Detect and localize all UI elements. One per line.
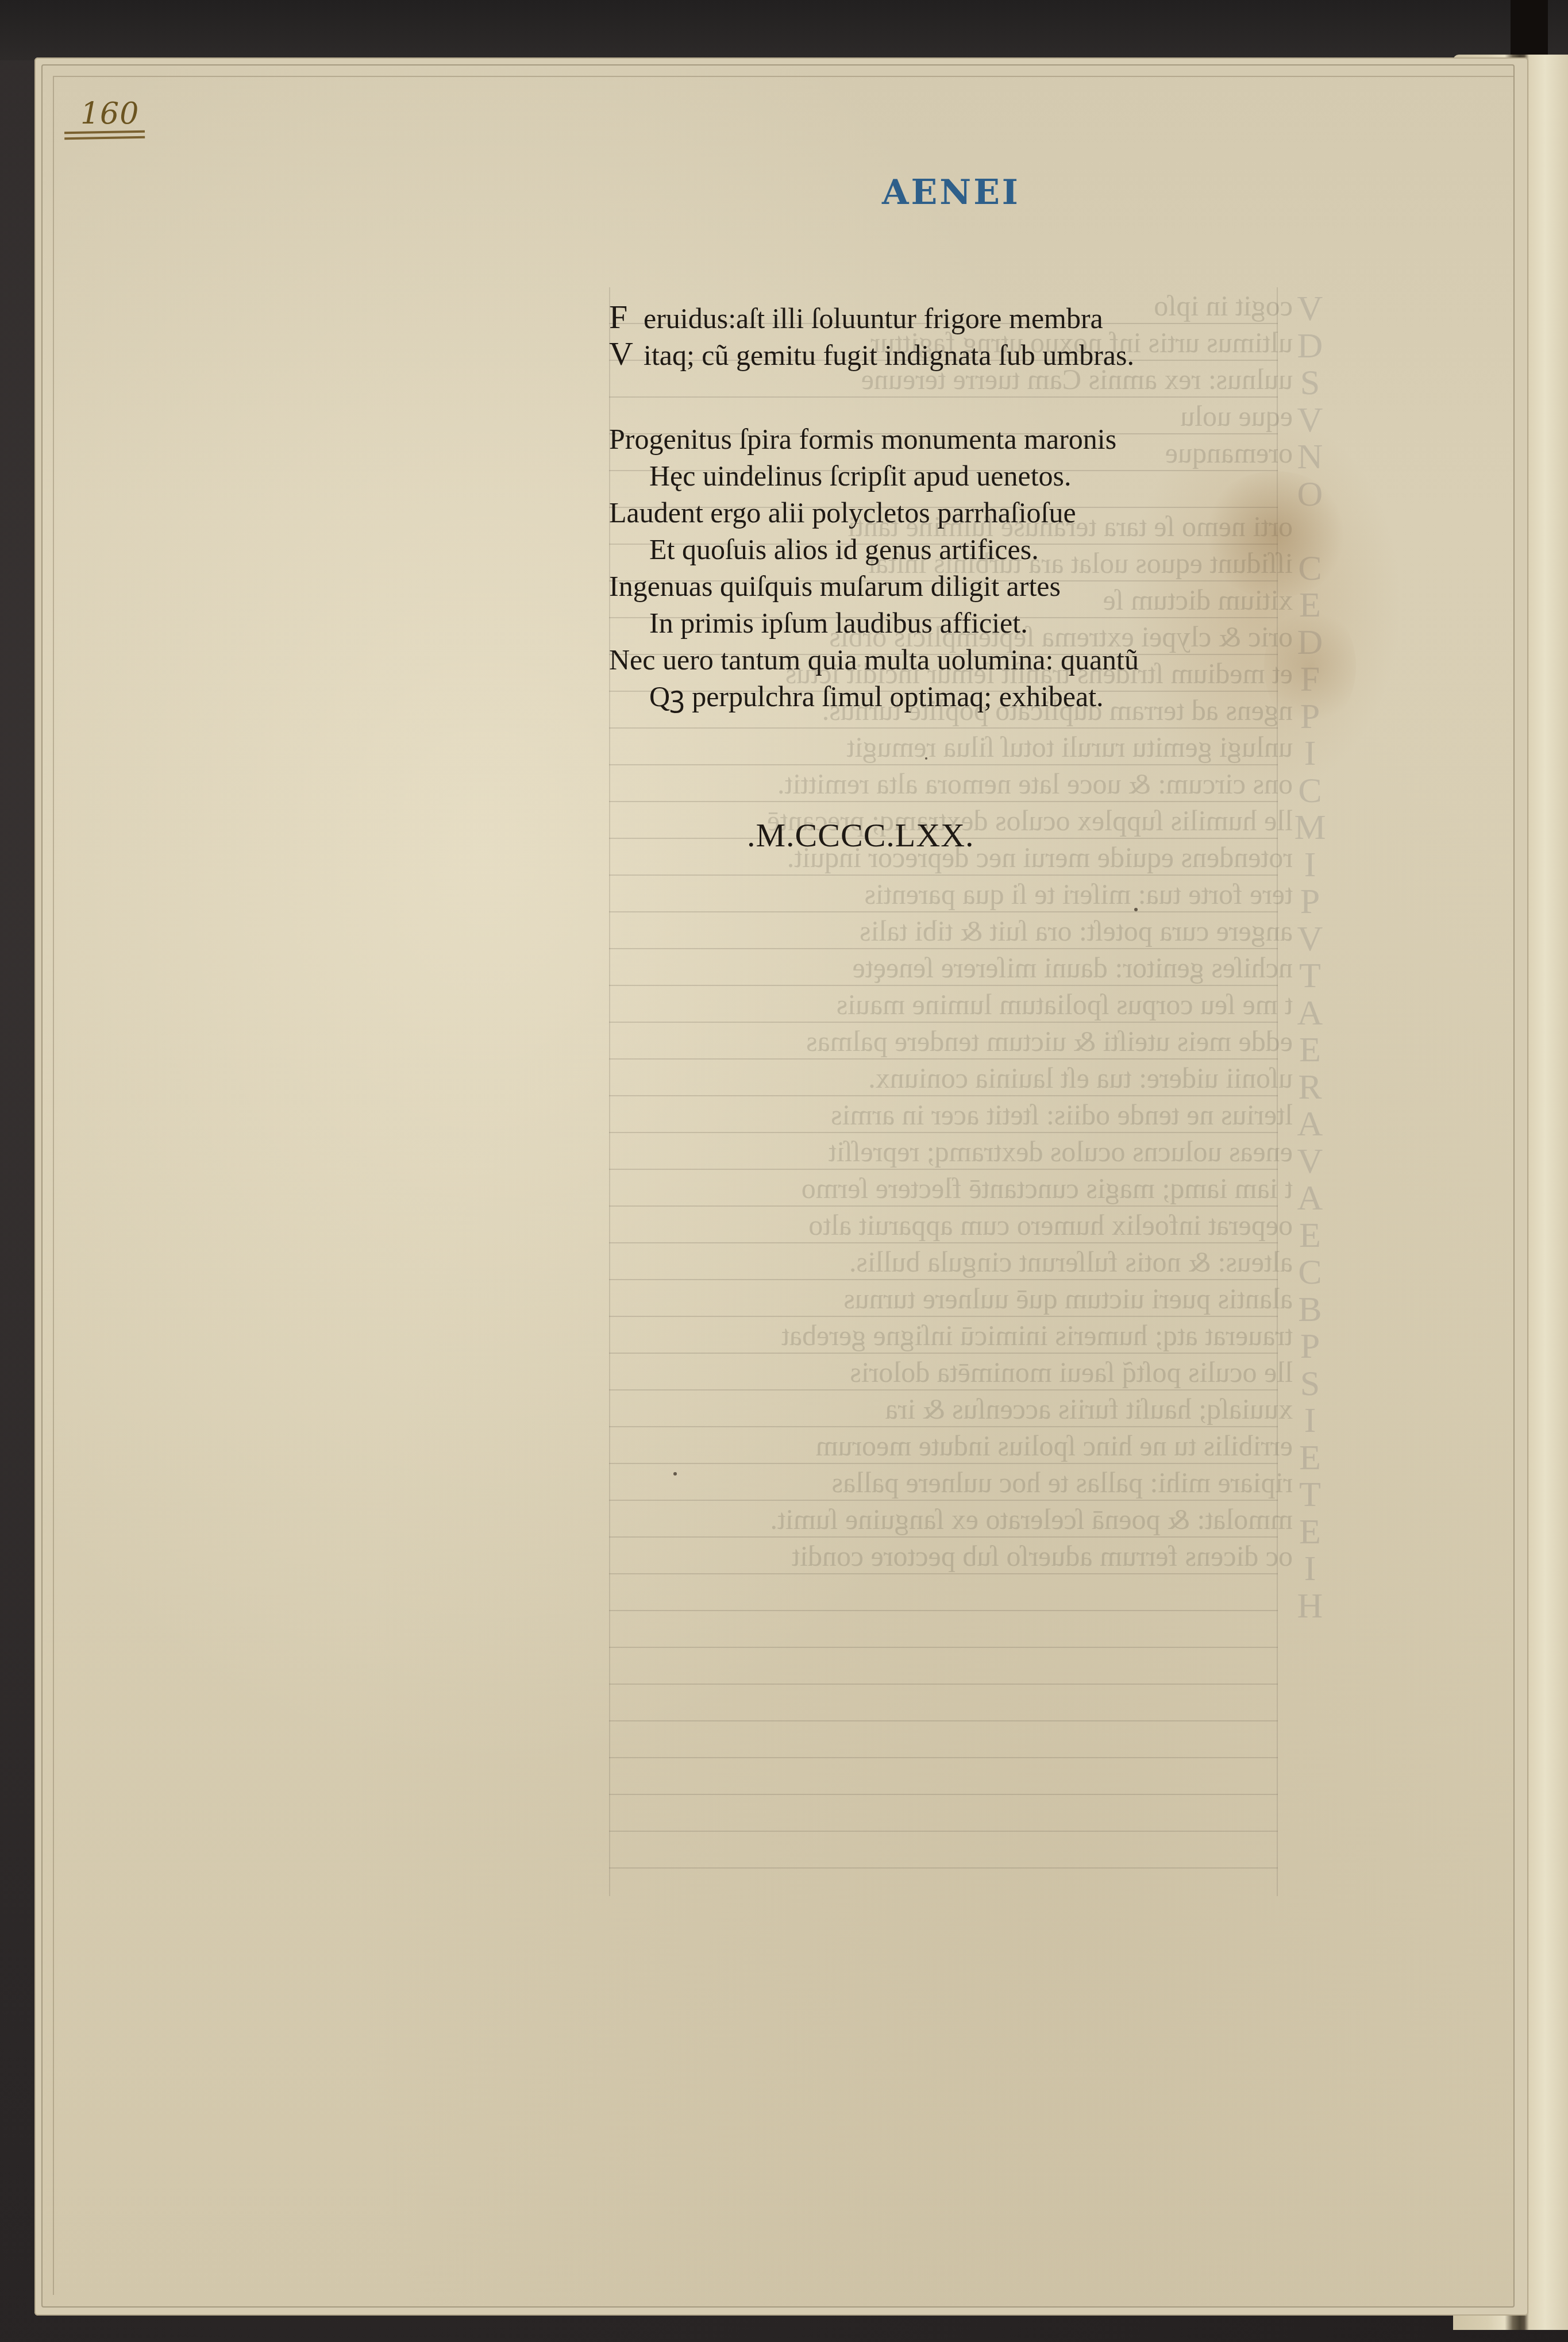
text-block: Feruidus:aſt illi ſoluuntur frigore memb… xyxy=(609,299,1139,715)
showthrough-initial: P xyxy=(1290,883,1330,920)
colophon-verse: Nec uero tantum quia multa uolumina: qua… xyxy=(609,641,1139,678)
folio-number: 160 xyxy=(80,97,139,131)
colophon-verse: Hęc uindelinus ſcripſit apud uenetos. xyxy=(609,457,1139,494)
running-head: AENEI xyxy=(882,172,1020,213)
foxing-stain xyxy=(1201,471,1350,598)
showthrough-initial: A xyxy=(1290,995,1330,1032)
showthrough-line: oc dicens ferrum aduerſo ſub pectore con… xyxy=(626,1538,1293,1574)
colophon-verse: Et quoſuis alios id genus artifices. xyxy=(609,531,1139,568)
showthrough-initial: E xyxy=(1290,1217,1330,1254)
showthrough-initial: A xyxy=(1290,1105,1330,1143)
showthrough-initial: E xyxy=(1290,1439,1330,1477)
showthrough-initial: P xyxy=(1290,1328,1330,1365)
showthrough-line: xuuiaſq; hauſit furiis accenſus & ira xyxy=(626,1390,1293,1427)
showthrough-initial: I xyxy=(1290,1550,1330,1588)
showthrough-line: ons circum: & uoce late nemora alta remi… xyxy=(626,765,1293,802)
verse-text: eruidus:aſt illi ſoluuntur frigore membr… xyxy=(644,302,1103,334)
colophon-verse: Ingenuas quiſquis muſarum diligit artes xyxy=(609,568,1139,604)
showthrough-line: nchiſes genitor: dauni miſerere ſeneęte xyxy=(626,949,1293,986)
foxing-stain xyxy=(1264,603,1356,730)
showthrough-line: eneas uolucns oculos dextramq; repreſſit xyxy=(626,1133,1293,1170)
showthrough-initial: S xyxy=(1290,364,1330,402)
showthrough-initial: I xyxy=(1290,1402,1330,1439)
showthrough-line: tere forte tua: miſeri te ſi qua parenti… xyxy=(626,876,1293,912)
ink-speck xyxy=(1134,908,1138,911)
showthrough-line: unlugi gemitu ruruli totuſ ſilua remugit xyxy=(626,729,1293,765)
showthrough-initial: I xyxy=(1290,846,1330,884)
showthrough-initial: E xyxy=(1290,1031,1330,1069)
showthrough-initial: V xyxy=(1290,290,1330,328)
showthrough-initial: E xyxy=(1290,1513,1330,1551)
showthrough-initial: V xyxy=(1290,1143,1330,1180)
showthrough-line: alteus: & notis fulſerunt cingula bullis… xyxy=(626,1243,1293,1280)
colophon-verse: Qꝫ perpulchra ſimul optimaq; exhibeat. xyxy=(609,678,1139,715)
showthrough-initial: S xyxy=(1290,1365,1330,1403)
showthrough-initial: H xyxy=(1290,1588,1330,1625)
showthrough-initial: C xyxy=(1290,772,1330,810)
showthrough-line: alantis pueri uictum quē uulnere turnus xyxy=(626,1280,1293,1317)
showthrough-initial: R xyxy=(1290,1069,1330,1106)
showthrough-initial: B xyxy=(1290,1291,1330,1328)
showthrough-initial: N xyxy=(1290,438,1330,476)
showthrough-initial: D xyxy=(1290,328,1330,365)
closing-verse: Vitaq; cũ gemitu fugit indignata ſub umb… xyxy=(609,336,1139,372)
ink-speck xyxy=(925,757,927,760)
showthrough-initial: T xyxy=(1290,957,1330,995)
showthrough-initial: C xyxy=(1290,1254,1330,1291)
showthrough-line: ripiare mihi: pallas te hoc uulnere pall… xyxy=(626,1464,1293,1501)
colophon-verse: Progenitus ſpira formis monumenta maroni… xyxy=(609,421,1139,457)
top-background-strip xyxy=(0,0,1568,60)
gutter-shadow xyxy=(1511,0,1548,63)
showthrough-line: lterius ne tende odiis: ſtetit acer in a… xyxy=(626,1096,1293,1133)
showthrough-line: trauerat atq; humeris inimicū inſigne ge… xyxy=(626,1317,1293,1354)
showthrough-initial: A xyxy=(1290,1180,1330,1217)
showthrough-line: edde meis uteiſti & uictum tendere palma… xyxy=(626,1023,1293,1060)
verse-initial: F xyxy=(609,299,644,336)
showthrough-line: lle oculis poſtq̃ ſaeui monimēta doloris xyxy=(626,1354,1293,1390)
closing-verse: Feruidus:aſt illi ſoluuntur frigore memb… xyxy=(609,299,1139,336)
showthrough-initial: I xyxy=(1290,735,1330,772)
colophon-date: .M.CCCC.LXX. xyxy=(747,816,974,854)
showthrough-line: t me ſeu corpus ſpoliatum lumine mauis xyxy=(626,986,1293,1023)
colophon-verse: In primis ipſum laudibus afficiet. xyxy=(609,604,1139,641)
showthrough-initial: V xyxy=(1290,920,1330,958)
showthrough-initial: M xyxy=(1290,809,1330,846)
showthrough-line: angere cura poteſt: ora ſuit & tibi tali… xyxy=(626,912,1293,949)
ink-speck xyxy=(673,1472,677,1476)
showthrough-line: t iam iamq; magis cunctantē flectere ſer… xyxy=(626,1170,1293,1207)
showthrough-initial: V xyxy=(1290,402,1330,439)
verse-text: itaq; cũ gemitu fugit indignata ſub umbr… xyxy=(644,339,1134,371)
showthrough-initial: T xyxy=(1290,1476,1330,1513)
colophon-verse: Laudent ergo alii polycletos parrhaſioſu… xyxy=(609,494,1139,531)
showthrough-line: oeperat infoelix humero cum apparuit alt… xyxy=(626,1207,1293,1243)
showthrough-line: mmolat: & poenā ſcelerato ex ſanguine ſu… xyxy=(626,1501,1293,1538)
showthrough-line: uſonii uidere: tua eſt lauinia coniunx. xyxy=(626,1060,1293,1096)
section-gap xyxy=(609,372,1139,421)
verse-initial: V xyxy=(609,336,644,372)
showthrough-line: erribilis tu ne hinc ſpolius indute meor… xyxy=(626,1427,1293,1464)
